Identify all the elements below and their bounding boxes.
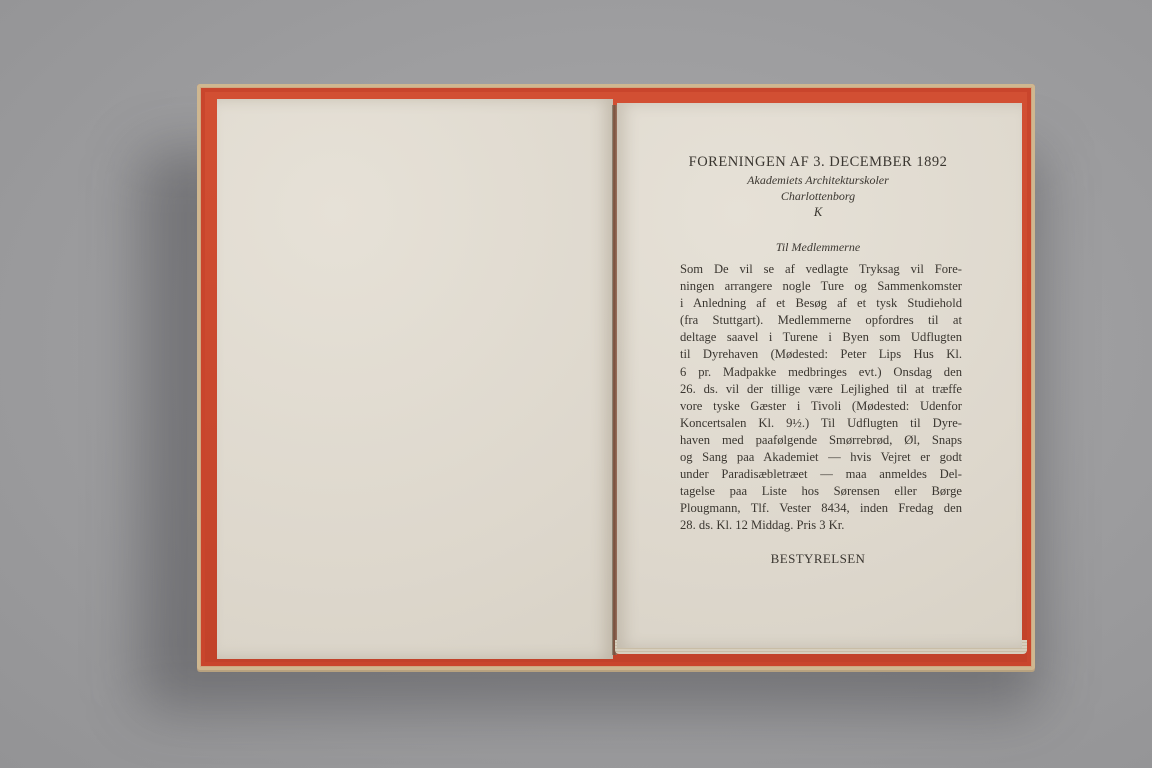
body-line: ningen arrangere nogle Ture og Sammenkom… [680, 278, 962, 295]
body-line: 6 pr. Madpakke medbringes evt.) Onsdag d… [680, 364, 962, 381]
body-line: Koncertsalen Kl. 9½.) Til Udflugten til … [680, 415, 962, 432]
left-page-blank [217, 99, 613, 659]
notice-title: FORENINGEN AF 3. DECEMBER 1892 [668, 152, 968, 172]
body-line: og Sang paa Akademiet — hvis Vejret er g… [680, 449, 962, 466]
body-line: Plougmann, Tlf. Vester 8434, inden Freda… [680, 500, 962, 517]
notice-subtitle-k: K [668, 204, 968, 220]
body-line: under Paradisæbletræet — maa anmeldes De… [680, 466, 962, 483]
body-line: 28. ds. Kl. 12 Middag. Pris 3 Kr. [680, 517, 962, 534]
notice-salutation: Til Medlemmerne [668, 240, 968, 255]
notice-subtitle-school: Akademiets Architekturskoler [668, 172, 968, 188]
body-line: 26. ds. vil der tillige være Lejlighed t… [680, 381, 962, 398]
body-line: deltage saavel i Turene i Byen som Udflu… [680, 329, 962, 346]
notice-signature: BESTYRELSEN [668, 551, 968, 567]
body-line: haven med paafølgende Smørrebrød, Øl, Sn… [680, 432, 962, 449]
notice-subtitle-place: Charlottenborg [668, 188, 968, 204]
body-line: tagelse paa Liste hos Sørensen eller Bør… [680, 483, 962, 500]
body-line: vore tyske Gæster i Tivoli (Mødested: Ud… [680, 398, 962, 415]
body-line: Som De vil se af vedlagte Tryksag vil Fo… [680, 261, 962, 278]
body-line: i Anledning af et Besøg af et tysk Studi… [680, 295, 962, 312]
body-line: til Dyrehaven (Mødested: Peter Lips Hus … [680, 346, 962, 363]
notice-body: Som De vil se af vedlagte Tryksag vil Fo… [668, 261, 962, 535]
body-line: (fra Stuttgart). Medlemmerne opfordres t… [680, 312, 962, 329]
printed-notice: FORENINGEN AF 3. DECEMBER 1892 Akademiet… [668, 152, 968, 580]
